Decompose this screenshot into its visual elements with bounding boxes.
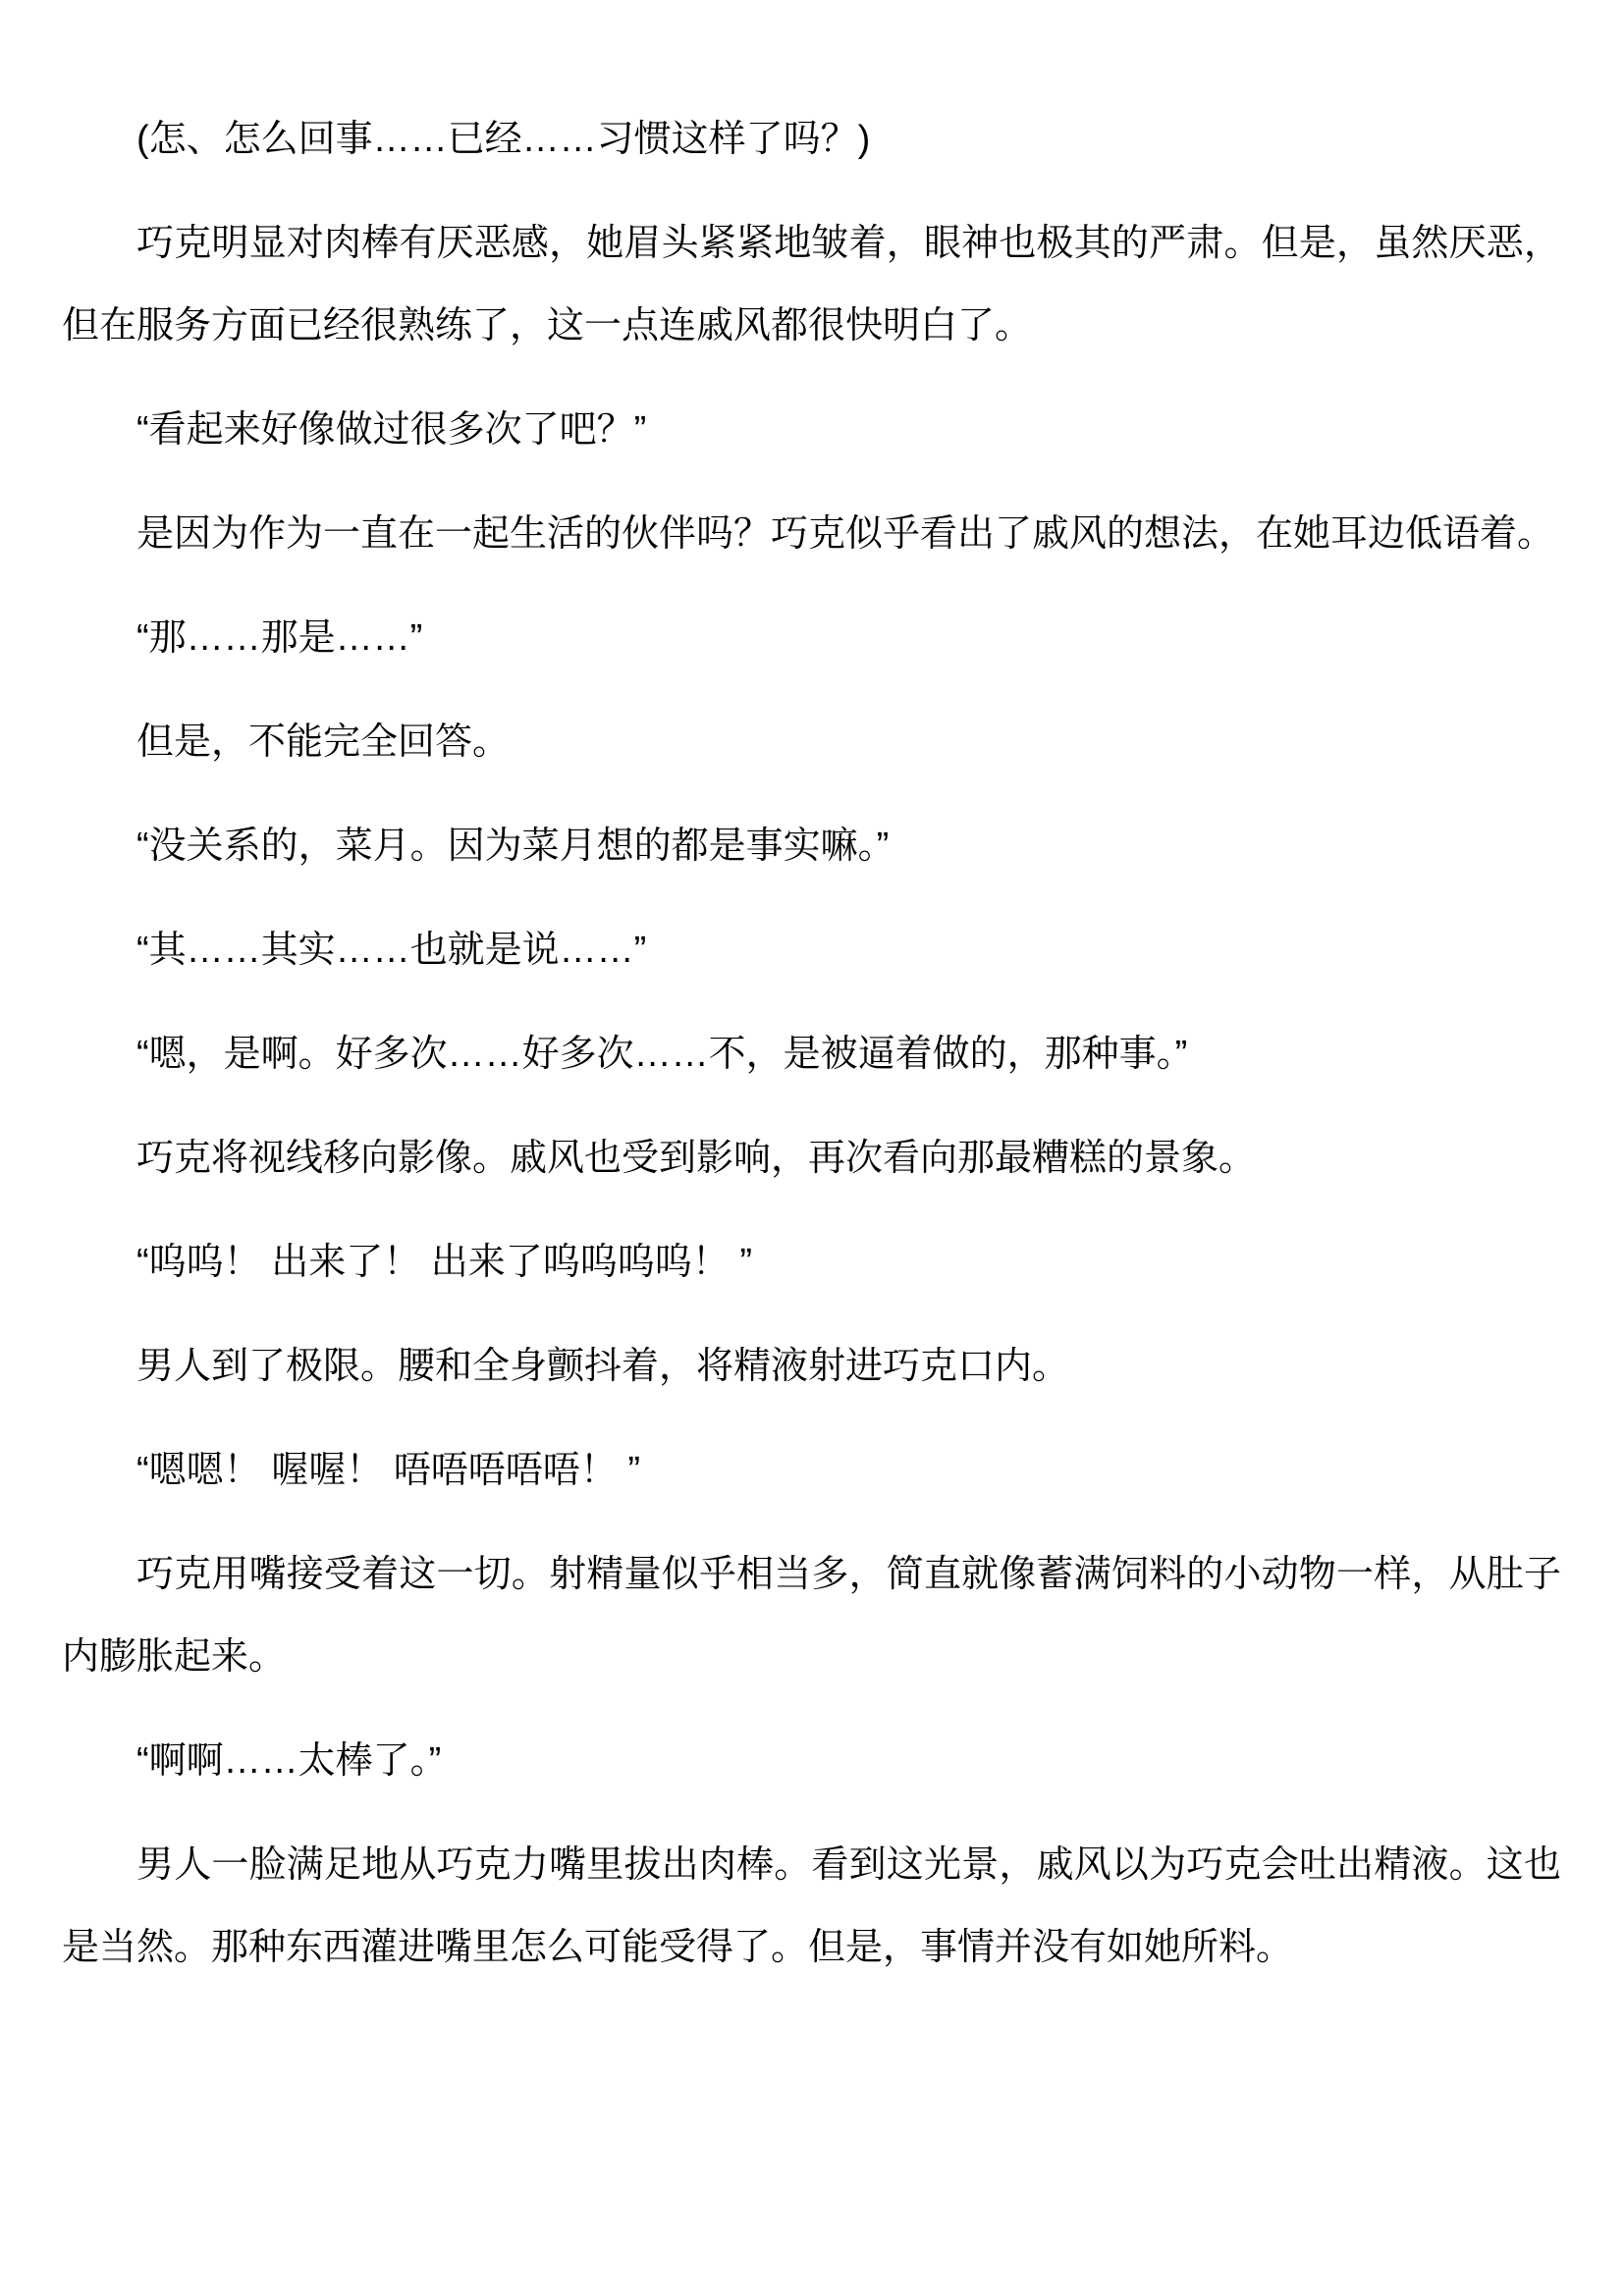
document-page: (怎、怎么回事……已经……习惯这样了吗？) 巧克明显对肉棒有厌恶感，她眉头紧紧地… bbox=[0, 0, 1624, 2296]
paragraph-dialogue: “那……那是……” bbox=[62, 597, 1561, 679]
paragraph-dialogue: “嗯，是啊。好多次……好多次……不，是被逼着做的，那种事。” bbox=[62, 1013, 1561, 1095]
paragraph-dialogue: “嗯嗯！ 喔喔！ 唔唔唔唔唔！ ” bbox=[62, 1429, 1561, 1512]
paragraph-narration: 但是，不能完全回答。 bbox=[62, 701, 1561, 783]
paragraph-dialogue: “啊啊……太棒了。” bbox=[62, 1720, 1561, 1802]
paragraph-dialogue: “没关系的，菜月。因为菜月想的都是事实嘛。” bbox=[62, 805, 1561, 887]
paragraph-narration: 是因为作为一直在一起生活的伙伴吗？巧克似乎看出了戚风的想法，在她耳边低语着。 bbox=[62, 493, 1561, 575]
paragraph-narration: 巧克用嘴接受着这一切。射精量似乎相当多，简直就像蓄满饲料的小动物一样，从肚子内膨… bbox=[62, 1533, 1561, 1698]
paragraph-dialogue: “呜呜！ 出来了！ 出来了呜呜呜呜！ ” bbox=[62, 1221, 1561, 1304]
paragraph-dialogue: “其……其实……也就是说……” bbox=[62, 909, 1561, 991]
paragraph-thought: (怎、怎么回事……已经……习惯这样了吗？) bbox=[62, 98, 1561, 181]
paragraph-dialogue: “看起来好像做过很多次了吧？” bbox=[62, 389, 1561, 471]
paragraph-narration: 男人到了极限。腰和全身颤抖着，将精液射进巧克口内。 bbox=[62, 1325, 1561, 1408]
paragraph-narration: 男人一脸满足地从巧克力嘴里拔出肉棒。看到这光景，戚风以为巧克会吐出精液。这也是当… bbox=[62, 1824, 1561, 1989]
paragraph-narration: 巧克明显对肉棒有厌恶感，她眉头紧紧地皱着，眼神也极其的严肃。但是，虽然厌恶，但在… bbox=[62, 202, 1561, 367]
paragraph-narration: 巧克将视线移向影像。戚风也受到影响，再次看向那最糟糕的景象。 bbox=[62, 1117, 1561, 1200]
